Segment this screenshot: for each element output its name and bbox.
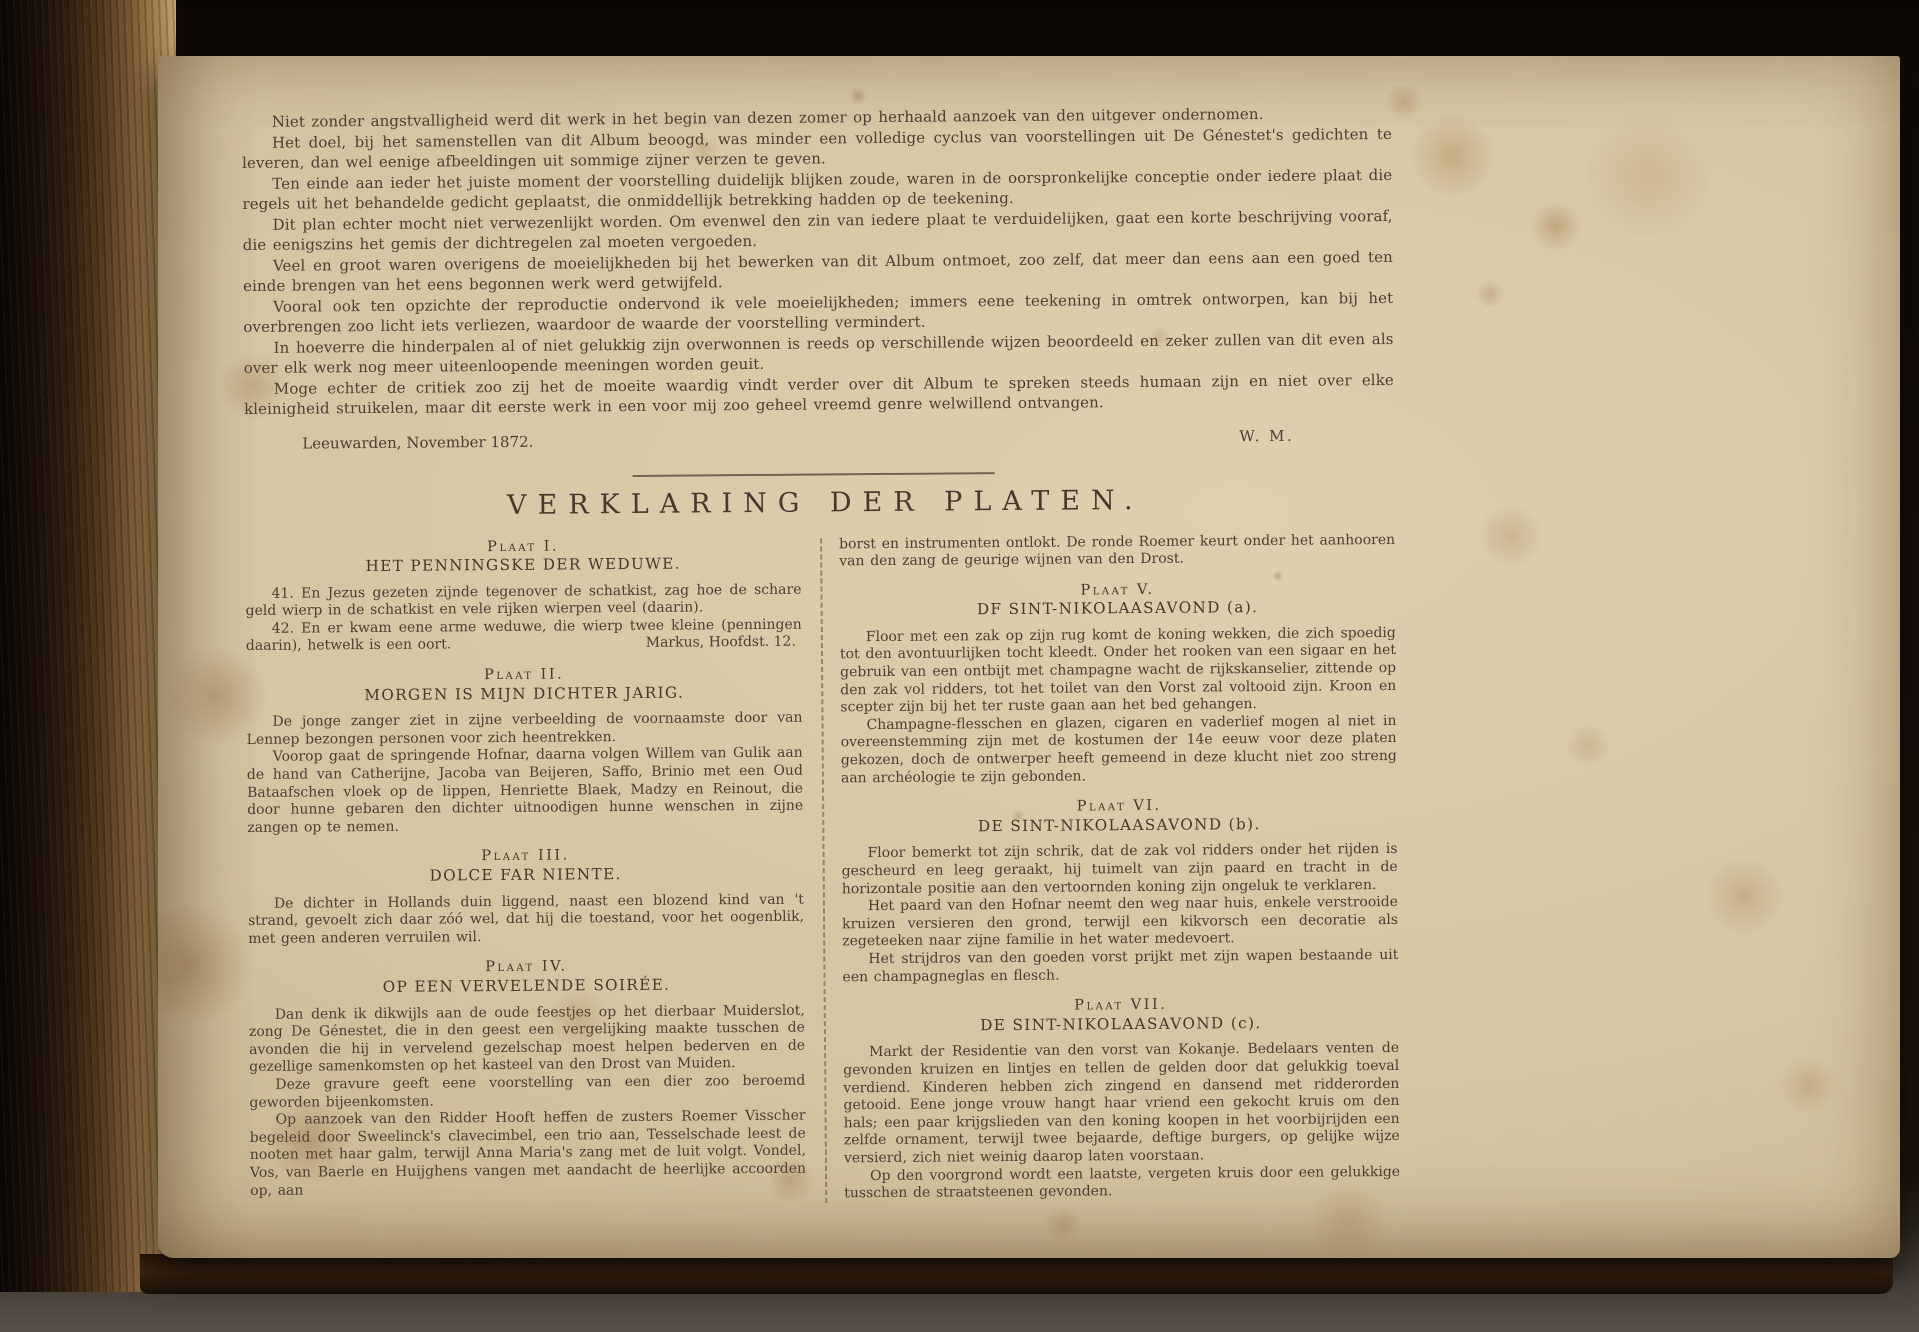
plate-title: DE SINT-NIKOLAASAVOND (c). [843,1014,1399,1036]
plate-title: DOLCE FAR NIENTE. [248,865,804,887]
book-photo: Niet zonder angstvalligheid werd dit wer… [0,0,1919,1332]
plate-paragraph: De jonge zanger ziet in zijne verbeeldin… [246,710,802,750]
plate-paragraph: Deze gravure geeft eene voorstelling van… [249,1073,805,1113]
plate-section-7: Plaat VII. DE SINT-NIKOLAASAVOND (c). Ma… [843,995,1401,1203]
left-column: Plaat I. HET PENNINGSKE DER WEDUWE. 41. … [245,536,806,1208]
plate-title: DE SINT-NIKOLAASAVOND (b). [841,815,1397,837]
plate-section-4: Plaat IV. OP EEN VERVELENDE SOIRÉE. Dan … [248,957,806,1200]
plate-title: DF SINT-NIKOLAASAVOND (a). [840,598,1396,620]
book-cover-edge [140,1254,1893,1294]
plate-paragraph: Floor met een zak op zijn rug komt de ko… [840,625,1397,717]
album-page: Niet zonder angstvalligheid werd dit wer… [158,56,1900,1258]
plate-paragraph: Dan denk ik dikwijls aan de oude feestje… [249,1002,806,1077]
plate-paragraph: 41. En Jezus gezeten zijnde tegenover de… [245,581,801,621]
preface: Niet zonder angstvalligheid werd dit wer… [242,103,1395,453]
plate-section-5: Plaat V. DF SINT-NIKOLAASAVOND (a). Floo… [839,580,1397,788]
plate-paragraph: Voorop gaat de springende Hofnar, daarna… [247,745,804,837]
plate-paragraph: Op aanzoek van den Ridder Hooft heffen d… [250,1108,807,1200]
author-initials: W. M. [1239,426,1294,444]
plate-paragraph: Het strijdros van den goeden vorst prijk… [842,947,1398,987]
preface-paragraph: Moge echter de critiek zoo zij het de mo… [244,369,1394,419]
plate-paragraph: Het paard van den Hofnar neemt den weg n… [842,894,1398,951]
plate-paragraph: Floor bemerkt tot zijn schrik, dat de za… [841,841,1397,898]
plate-section-2: Plaat II. MORGEN IS MIJN DICHTER JARIG. … [246,665,803,838]
page-content: Niet zonder angstvalligheid werd dit wer… [242,103,1401,1208]
plate-title: OP EEN VERVELENDE SOIRÉE. [249,976,805,998]
plate-section-3: Plaat III. DOLCE FAR NIENTE. De dichter … [247,846,804,948]
dateline: Leeuwarden, November 1872. [302,432,533,452]
continuation-paragraph: borst en instrumenten ontlokt. De ronde … [839,531,1395,571]
plate-paragraph: Markt der Residentie van den vorst van K… [843,1040,1400,1168]
right-column: borst en instrumenten ontlokt. De ronde … [839,531,1400,1203]
page-title: VERKLARING DER PLATEN. [245,482,1395,522]
plate-paragraph: De dichter in Hollands duin liggend, naa… [248,891,804,948]
plates-columns: Plaat I. HET PENNINGSKE DER WEDUWE. 41. … [245,531,1400,1207]
heading-rule [633,472,995,477]
plate-paragraph: Champagne-flesschen en glazen, cigaren e… [840,713,1397,788]
dateline-row: Leeuwarden, November 1872. W. M. [244,425,1394,452]
plate-section-1: Plaat I. HET PENNINGSKE DER WEDUWE. 41. … [245,536,802,656]
column-divider [820,538,827,1203]
book-spine [0,0,176,1292]
plate-section-6: Plaat VI. DE SINT-NIKOLAASAVOND (b). Flo… [841,796,1398,986]
plate-paragraph: Op den voorgrond wordt een laatste, verg… [844,1163,1400,1203]
plate-title: HET PENNINGSKE DER WEDUWE. [245,555,801,577]
plate-title: MORGEN IS MIJN DICHTER JARIG. [246,683,802,705]
